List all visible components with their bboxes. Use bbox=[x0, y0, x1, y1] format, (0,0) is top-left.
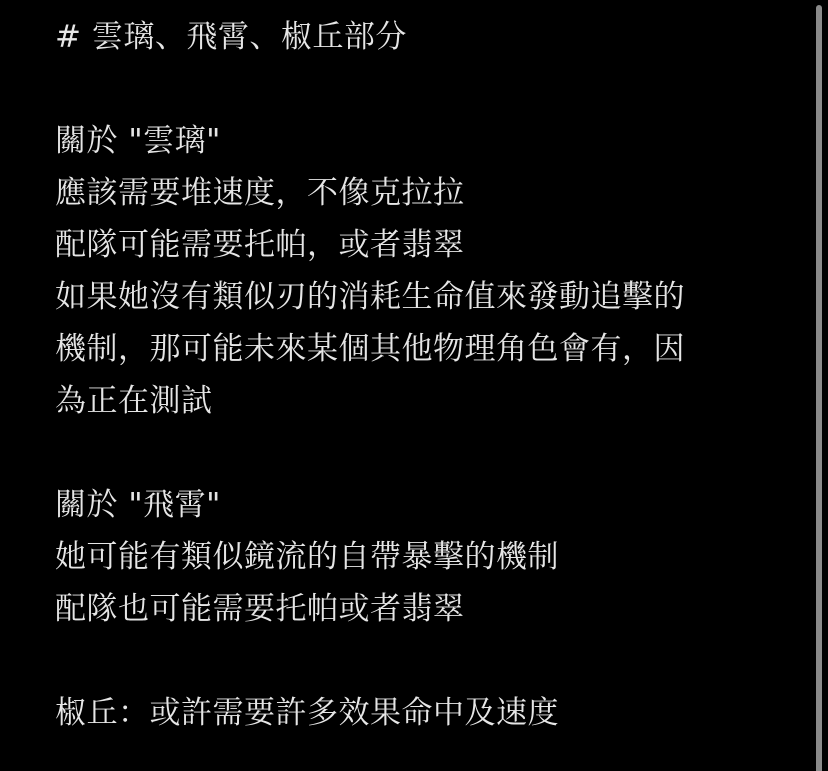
section-title-yunli: 關於 "雲璃" bbox=[55, 115, 795, 167]
text-line: 如果她沒有類似刃的消耗生命值來發動追擊的 bbox=[55, 271, 795, 323]
text-line-jiaoqiu: 椒丘：或許需要許多效果命中及速度 bbox=[55, 687, 795, 739]
blank-line bbox=[55, 63, 795, 115]
text-line: 她可能有類似鏡流的自帶暴擊的機制 bbox=[55, 531, 795, 583]
text-line: 為正在測試 bbox=[55, 375, 795, 427]
section-title-feixiao: 關於 "飛霄" bbox=[55, 479, 795, 531]
blank-line bbox=[55, 635, 795, 687]
scrollbar-thumb[interactable] bbox=[816, 5, 822, 771]
blank-line bbox=[55, 427, 795, 479]
text-line: 機制，那可能未來某個其他物理角色會有，因 bbox=[55, 323, 795, 375]
text-line: 應該需要堆速度，不像克拉拉 bbox=[55, 167, 795, 219]
text-line: 配隊也可能需要托帕或者翡翠 bbox=[55, 583, 795, 635]
note-content: # 雲璃、飛霄、椒丘部分 關於 "雲璃" 應該需要堆速度，不像克拉拉 配隊可能需… bbox=[55, 11, 795, 739]
text-line: 配隊可能需要托帕，或者翡翠 bbox=[55, 219, 795, 271]
note-heading: # 雲璃、飛霄、椒丘部分 bbox=[55, 11, 795, 63]
